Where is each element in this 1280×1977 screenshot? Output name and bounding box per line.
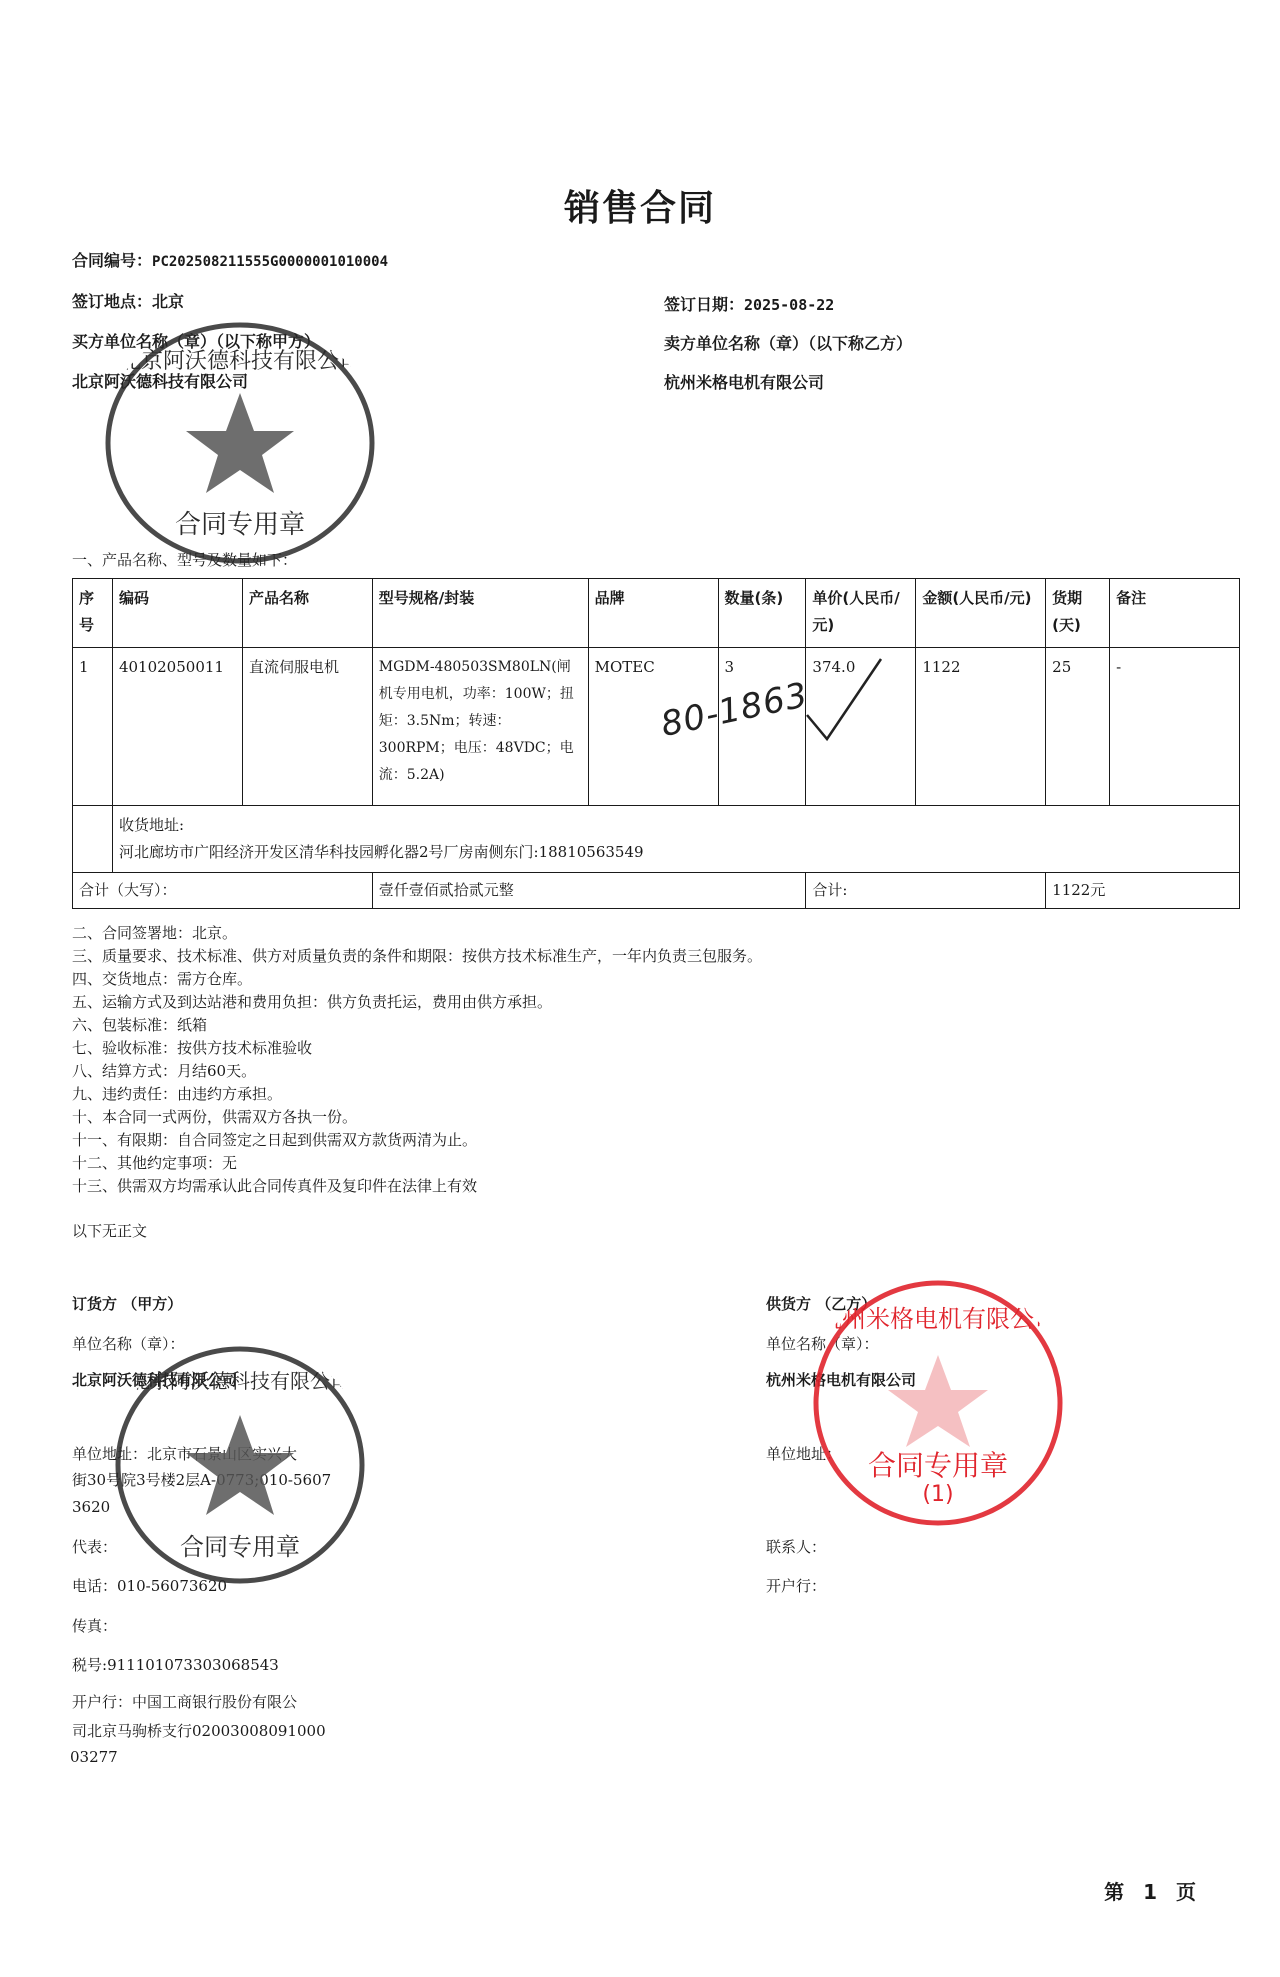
seller-contact-label: 联系人： (766, 1536, 826, 1557)
buyer-phone: 电话：010-56073620 (72, 1575, 227, 1596)
terms-list: 二、合同签署地：北京。 三、质量要求、技术标准、供方对质量负责的条件和期限：按供… (72, 922, 762, 1198)
buyer-address-label: 单位地址： (72, 1445, 147, 1463)
buyer-bank-label: 开户行： (72, 1693, 132, 1711)
buyer-name-label: 单位名称（章）： (72, 1333, 185, 1354)
header-cell: 数量(条) (718, 579, 806, 648)
contract-number-value: PC202508211555G0000001010004 (152, 254, 388, 270)
document-title: 销售合同 (0, 180, 1280, 231)
buyer-address-line2: 街30号院3号楼2层A-0773;010-5607 (72, 1469, 331, 1490)
header-cell: 金额(人民币/元) (916, 579, 1046, 648)
address-label: 收货地址: (119, 812, 1233, 839)
seller-block-name: 杭州米格电机有限公司 (766, 1369, 916, 1390)
address-value: 河北廊坊市广阳经济开发区清华科技园孵化器2号厂房南侧东门:18810563549 (119, 839, 1233, 866)
table-row: 1 40102050011 直流伺服电机 MGDM-480503SM80LN(闸… (73, 648, 1240, 806)
sign-place: 签订地点：北京 (72, 289, 184, 312)
header-cell: 货期(天) (1046, 579, 1110, 648)
buyer-tax-value: 91110107330306854З (107, 1656, 279, 1674)
buyer-name: 北京阿沃德科技有限公司 (72, 369, 248, 392)
header-cell: 产品名称 (242, 579, 372, 648)
section-1-heading: 一、产品名称、型号及数量如下： (72, 549, 297, 570)
term-item: 六、包装标准：纸箱 (72, 1014, 762, 1037)
term-item: 二、合同签署地：北京。 (72, 922, 762, 945)
end-note: 以下无正文 (72, 1220, 147, 1241)
address-spacer (73, 806, 113, 873)
seller-heading: 卖方单位名称（章）（以下称乙方） (664, 331, 912, 354)
header-cell: 品牌 (588, 579, 718, 648)
buyer-rep-label: 代表： (72, 1536, 117, 1557)
contract-number: 合同编号：PC202508211555G0000001010004 (72, 248, 388, 271)
term-item: 十一、有限期：自合同签定之日起到供需双方款货两清为止。 (72, 1129, 762, 1152)
sign-date: 签订日期：2025-08-22 (664, 292, 834, 315)
header-cell: 备注 (1110, 579, 1240, 648)
buyer-heading: 买方单位名称（章）（以下称甲方） (72, 329, 320, 352)
address-cell: 收货地址: 河北廊坊市广阳经济开发区清华科技园孵化器2号厂房南侧东门:18810… (112, 806, 1239, 873)
sign-place-value: 北京 (152, 292, 184, 311)
table-header-row: 序号 编码 产品名称 型号规格/封装 品牌 数量(条) 单价(人民币/元) 金额… (73, 579, 1240, 648)
cell-amount: 1122 (916, 648, 1046, 806)
seller-name-label: 单位名称（章）： (766, 1333, 879, 1354)
cell-code: 40102050011 (112, 648, 242, 806)
seller-stamp-sub: 合同专用章 (868, 1449, 1008, 1482)
buyer-address: 单位地址：北京市石景山区实兴大 (72, 1443, 297, 1464)
sign-place-label: 签订地点： (72, 292, 152, 311)
term-item: 三、质量要求、技术标准、供方对质量负责的条件和期限：按供方技术标准生产，一年内负… (72, 945, 762, 968)
buyer-phone-value: 010-56073620 (117, 1577, 227, 1595)
header-cell: 单价(人民币/元) (806, 579, 916, 648)
contract-number-label: 合同编号： (72, 251, 152, 270)
seller-block-heading: 供货方 （乙方） (766, 1293, 876, 1314)
term-item: 十、本合同一式两份，供需双方各执一份。 (72, 1106, 762, 1129)
cell-remark: - (1110, 648, 1240, 806)
total-caps-value: 壹仟壹佰贰拾贰元整 (372, 873, 806, 909)
total-row: 合计（大写）： 壹仟壹佰贰拾贰元整 合计: 1122元 (73, 873, 1240, 909)
cell-lead-time: 25 (1046, 648, 1110, 806)
term-item: 十二、其他约定事项：无 (72, 1152, 762, 1175)
buyer-bank-line2: 司北京马驹桥支行02003008091000 (72, 1720, 326, 1741)
seller-address-label: 单位地址： (766, 1443, 841, 1464)
total-label: 合计: (806, 873, 1046, 909)
header-cell: 型号规格/封装 (372, 579, 588, 648)
buyer-bank-line1: 中国工商银行股份有限公 (132, 1693, 297, 1711)
term-item: 七、验收标准：按供方技术标准验收 (72, 1037, 762, 1060)
buyer-stamp-top: 合同专用章 北京阿沃德科技有限公司 (100, 318, 380, 568)
buyer-address-line1: 北京市石景山区实兴大 (147, 1445, 297, 1463)
term-item: 八、结算方式：月结60天。 (72, 1060, 762, 1083)
term-item: 十三、供需双方均需承认此合同传真件及复印件在法律上有效 (72, 1175, 762, 1198)
buyer-bank-line3: 03277 (70, 1748, 118, 1766)
buyer-bank: 开户行：中国工商银行股份有限公 (72, 1691, 297, 1712)
cell-name: 直流伺服电机 (242, 648, 372, 806)
total-caps-label: 合计（大写）： (73, 873, 373, 909)
address-row: 收货地址: 河北廊坊市广阳经济开发区清华科技园孵化器2号厂房南侧东门:18810… (73, 806, 1240, 873)
total-value: 1122元 (1046, 873, 1240, 909)
term-item: 九、违约责任：由违约方承担。 (72, 1083, 762, 1106)
page-number: 第 1 页 (1104, 1876, 1202, 1905)
seller-stamp-num: (1) (922, 1482, 953, 1507)
buyer-phone-label: 电话： (72, 1577, 117, 1595)
seller-name: 杭州米格电机有限公司 (664, 370, 824, 393)
buyer-stamp-sub: 合同专用章 (175, 510, 305, 540)
buyer-fax-label: 传真： (72, 1615, 117, 1636)
buyer-stamp-sub: 合同专用章 (180, 1533, 300, 1561)
buyer-tax: 税号:91110107330306854З (72, 1654, 279, 1675)
cell-spec: MGDM-480503SM80LN(闸机专用电机，功率：100W；扭矩：3.5N… (372, 648, 588, 806)
cell-no: 1 (73, 648, 113, 806)
buyer-block-heading: 订货方 （甲方） (72, 1293, 182, 1314)
sign-date-value: 2025-08-22 (744, 296, 834, 314)
buyer-address-line3: 3620 (72, 1498, 110, 1516)
checkmark-icon (805, 655, 885, 745)
product-table: 序号 编码 产品名称 型号规格/封装 品牌 数量(条) 单价(人民币/元) 金额… (72, 578, 1240, 909)
buyer-block-name: 北京阿沃德科技有限公司 (72, 1369, 237, 1390)
sign-date-label: 签订日期： (664, 295, 744, 314)
term-item: 五、运输方式及到达站港和费用负担：供方负责托运，费用由供方承担。 (72, 991, 762, 1014)
header-cell: 编码 (112, 579, 242, 648)
buyer-tax-label: 税号: (72, 1656, 107, 1674)
seller-bank-label: 开户行： (766, 1575, 826, 1596)
term-item: 四、交货地点：需方仓库。 (72, 968, 762, 991)
header-cell: 序号 (73, 579, 113, 648)
